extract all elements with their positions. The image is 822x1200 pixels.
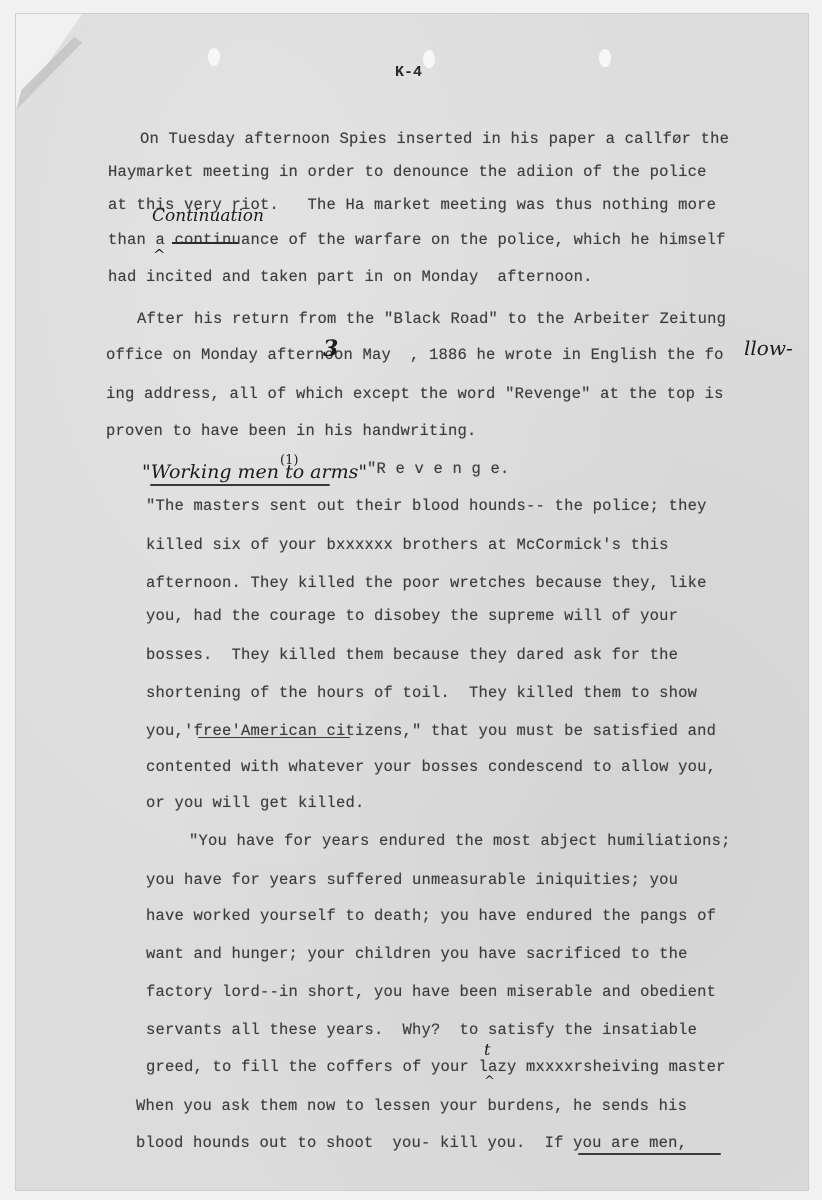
typed-line: "You have for years endured the most abj… [170,832,731,850]
typed-line: you, had the courage to disobey the supr… [146,607,678,625]
typed-line: than a continuance of the warfare on the… [108,231,726,249]
typed-line: Haymarket meeting in order to denounce t… [108,163,707,181]
strikethrough [172,242,238,244]
typed-line: contented with whatever your bosses cond… [146,758,716,776]
handwritten-caret: ^ [153,246,166,264]
typed-line: shortening of the hours of toil. They ki… [146,684,697,702]
typed-line: or you will get killed. [146,794,365,812]
punch-hole [423,50,435,68]
typed-line: office on Monday afternoon May , 1886 he… [106,346,724,364]
handwritten-date-correction: 3 [323,336,338,362]
typed-line: killed six of your bxxxxxx brothers at M… [146,536,669,554]
phrase-underline [198,737,350,738]
typed-line: factory lord--in short, you have been mi… [146,983,716,1001]
typed-line: servants all these years. Why? to satisf… [146,1021,697,1039]
punch-hole [208,48,220,66]
typed-line: greed, to fill the coffers of your lazy … [146,1058,726,1076]
typed-line: bosses. They killed them because they da… [146,646,678,664]
handwritten-t-insert: t [484,1040,490,1059]
punch-hole [599,49,611,67]
typed-line: blood hounds out to shoot you- kill you.… [136,1134,687,1152]
typed-line: want and hunger; your children you have … [146,945,688,963]
typed-line: After his return from the "Black Road" t… [118,310,726,328]
typed-line: have worked yourself to death; you have … [146,907,716,925]
typed-line: afternoon. They killed the poor wretches… [146,574,707,592]
typed-heading: "R e v e n g e. [367,460,510,478]
handwritten-continuation: Continuation [152,206,264,226]
phrase-underline [578,1153,721,1155]
typed-line: had incited and taken part in on Monday … [108,268,593,286]
footnote-marker: (1) [280,453,298,468]
typed-line: you have for years suffered unmeasurable… [146,871,678,889]
handwritten-caret: ^ [484,1074,495,1089]
heading-underline [150,484,330,486]
handwritten-llow: llow- [744,336,793,360]
handwritten-heading: "Working men to arms" [142,461,367,483]
typed-line: When you ask them now to lessen your bur… [136,1097,687,1115]
typed-line: ing address, all of which except the wor… [106,385,724,403]
typed-line: On Tuesday afternoon Spies inserted in h… [140,130,729,148]
document-page [16,14,808,1190]
typed-line: "The masters sent out their blood hounds… [146,497,707,515]
page-number: K-4 [395,64,422,81]
typed-line: proven to have been in his handwriting. [106,422,477,440]
